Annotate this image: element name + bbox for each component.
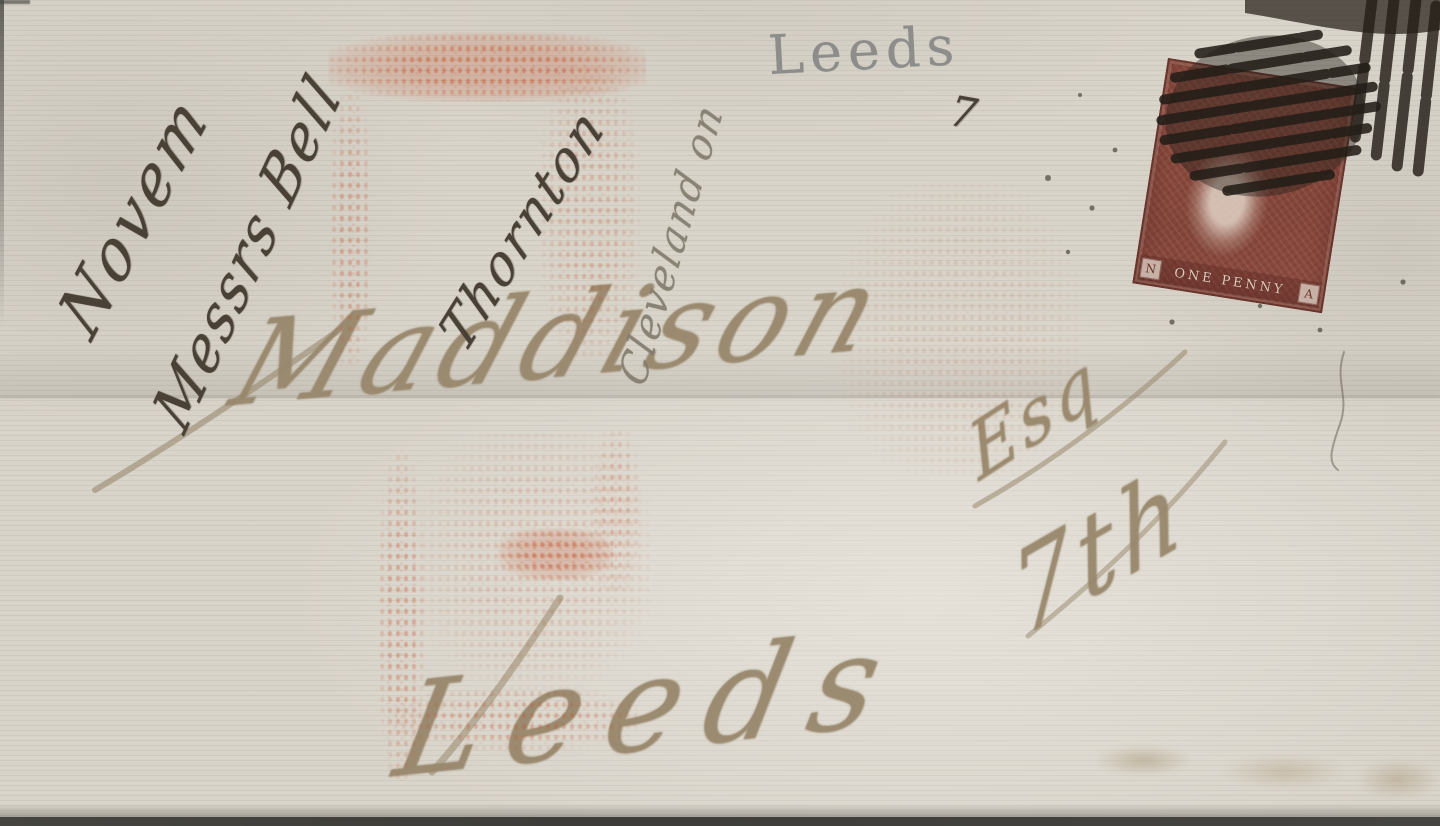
scan-edge-bottom-shadow — [0, 804, 1440, 818]
scan-edge-bottom-strip — [0, 817, 1440, 826]
pencil-city-annotation: Leeds — [767, 19, 962, 83]
barred-cancel-postmark — [1020, 0, 1440, 360]
red-postmark-frame-bottom — [392, 688, 637, 750]
red-postmark-scatter — [420, 430, 650, 690]
postal-cover: Maddison Esq 7th Leeds Novem Messrs Bell… — [0, 0, 1440, 826]
scan-edge-left — [0, 0, 4, 330]
scan-edge-top-corner — [0, 0, 30, 4]
